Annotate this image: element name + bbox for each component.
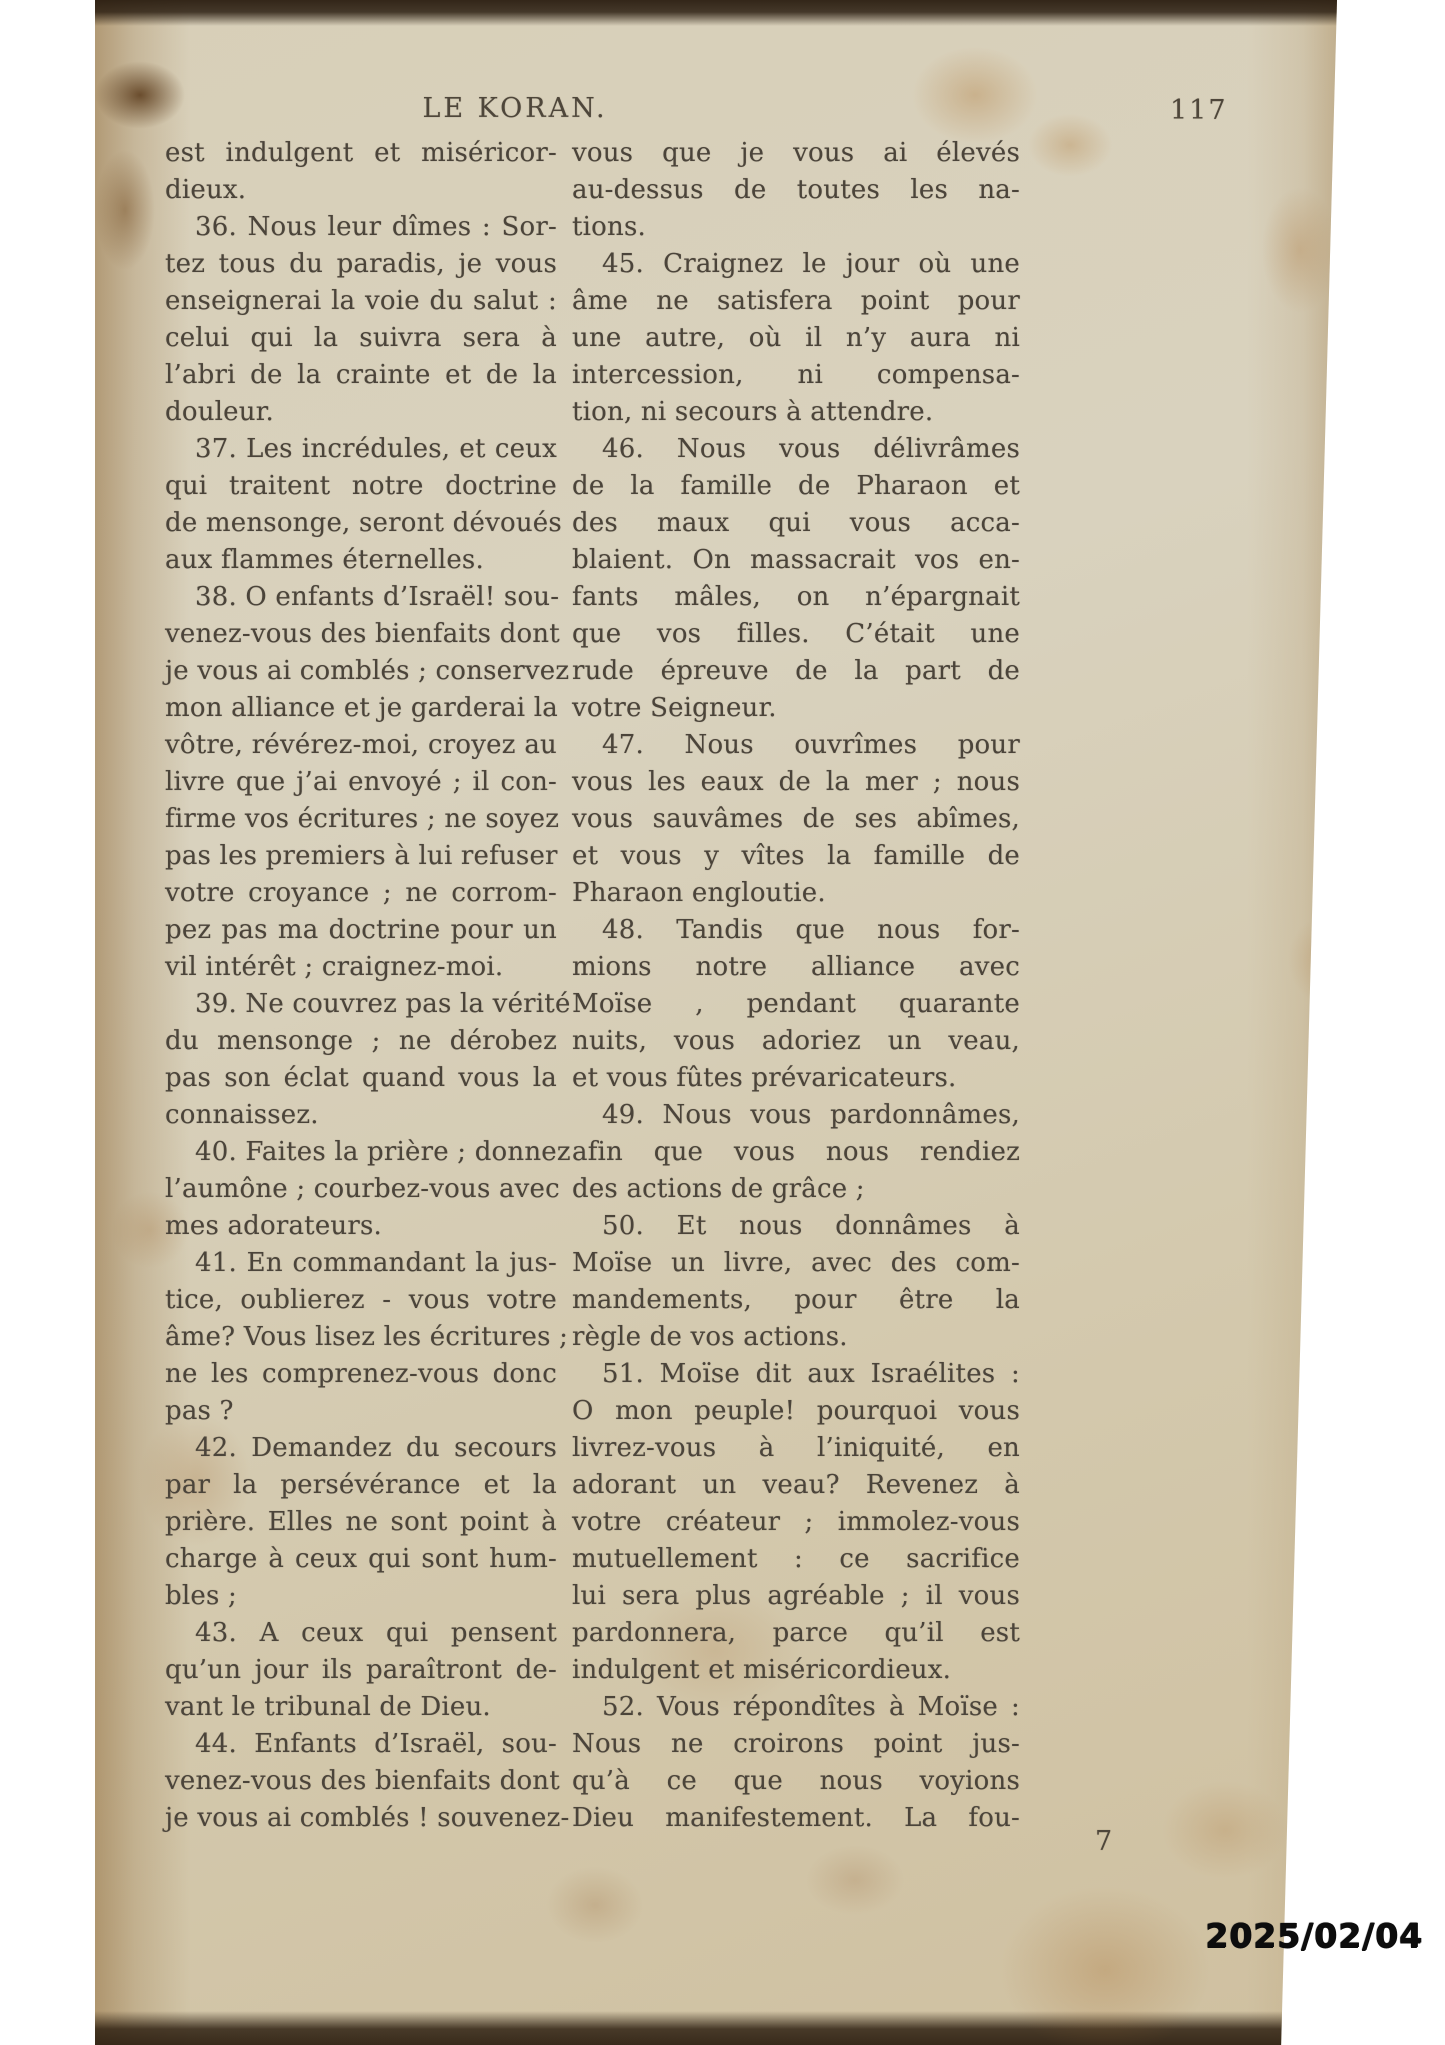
text-line: des actions de grâce ;	[572, 1171, 1020, 1208]
text-line: vous les eaux de la mer ; nous	[572, 764, 1020, 801]
text-line: vous sauvâmes de ses abîmes,	[572, 801, 1020, 838]
text-line: est indulgent et miséricor-	[165, 135, 557, 172]
text-line: livrez-vous à l’iniquité, en	[572, 1430, 1020, 1467]
running-title: LE KORAN.	[165, 93, 865, 124]
text-line: pas son éclat quand vous la	[165, 1060, 557, 1097]
text-line: tions.	[572, 209, 1020, 246]
text-line: de mensonge, seront dévoués	[165, 505, 557, 542]
text-line: et vous y vîtes la famille de	[572, 838, 1020, 875]
text-line: pez pas ma doctrine pour un	[165, 912, 557, 949]
text-line: vant le tribunal de Dieu.	[165, 1689, 557, 1726]
text-line: 39. Ne couvrez pas la vérité	[165, 986, 557, 1023]
text-line: et vous fûtes prévaricateurs.	[572, 1060, 1020, 1097]
text-line: mandements, pour être la	[572, 1282, 1020, 1319]
text-line: firme vos écritures ; ne soyez	[165, 801, 557, 838]
text-line: 37. Les incrédules, et ceux	[165, 431, 557, 468]
text-line: Dieu manifestement. La fou-	[572, 1800, 1020, 1837]
text-line: mions notre alliance avec	[572, 949, 1020, 986]
text-line: nuits, vous adoriez un veau,	[572, 1023, 1020, 1060]
text-line: pardonnera, parce qu’il est	[572, 1615, 1020, 1652]
text-line: 42. Demandez du secours	[165, 1430, 557, 1467]
text-line: votre Seigneur.	[572, 690, 1020, 727]
text-line: de la famille de Pharaon et	[572, 468, 1020, 505]
text-line: vil intérêt ; craignez-moi.	[165, 949, 557, 986]
text-line: adorant un veau? Revenez à	[572, 1467, 1020, 1504]
text-line: blaient. On massacrait vos en-	[572, 542, 1020, 579]
text-line: 41. En commandant la jus-	[165, 1245, 557, 1282]
text-line: âme ne satisfera point pour	[572, 283, 1020, 320]
text-line: 47. Nous ouvrîmes pour	[572, 727, 1020, 764]
text-line: Moïse , pendant quarante	[572, 986, 1020, 1023]
text-line: une autre, où il n’y aura ni	[572, 320, 1020, 357]
text-line: mon alliance et je garderai la	[165, 690, 557, 727]
text-line: règle de vos actions.	[572, 1319, 1020, 1356]
text-line: âme? Vous lisez les écritures ;	[165, 1319, 557, 1356]
text-column-left: est indulgent et miséricor-dieux.36. Nou…	[165, 135, 557, 1837]
text-line: 40. Faites la prière ; donnez	[165, 1134, 557, 1171]
text-line: Moïse un livre, avec des com-	[572, 1245, 1020, 1282]
text-line: 46. Nous vous délivrâmes	[572, 431, 1020, 468]
text-line: dieux.	[165, 172, 557, 209]
signature-mark: 7	[1095, 1826, 1112, 1857]
text-line: tez tous du paradis, je vous	[165, 246, 557, 283]
text-line: ne les comprenez-vous donc	[165, 1356, 557, 1393]
text-column-right: vous que je vous ai élevésau-dessus de t…	[572, 135, 1020, 1837]
text-line: 43. A ceux qui pensent	[165, 1615, 557, 1652]
text-line: Pharaon engloutie.	[572, 875, 1020, 912]
text-line: bles ;	[165, 1578, 557, 1615]
text-line: lui sera plus agréable ; il vous	[572, 1578, 1020, 1615]
text-line: vous que je vous ai élevés	[572, 135, 1020, 172]
page-number: 117	[1170, 95, 1228, 126]
text-line: qu’un jour ils paraîtront de-	[165, 1652, 557, 1689]
text-line: 36. Nous leur dîmes : Sor-	[165, 209, 557, 246]
text-line: venez-vous des bienfaits dont	[165, 616, 557, 653]
text-line: au-dessus de toutes les na-	[572, 172, 1020, 209]
text-line: l’aumône ; courbez-vous avec	[165, 1171, 557, 1208]
text-line: pas les premiers à lui refuser	[165, 838, 557, 875]
text-line: des maux qui vous acca-	[572, 505, 1020, 542]
book-page-photo: LE KORAN. 117 est indulgent et miséricor…	[95, 0, 1337, 2045]
text-line: 50. Et nous donnâmes à	[572, 1208, 1020, 1245]
text-line: votre créateur ; immolez-vous	[572, 1504, 1020, 1541]
text-line: l’abri de la crainte et de la	[165, 357, 557, 394]
text-line: douleur.	[165, 394, 557, 431]
text-line: afin que vous nous rendiez	[572, 1134, 1020, 1171]
text-line: fants mâles, on n’épargnait	[572, 579, 1020, 616]
text-line: 45. Craignez le jour où une	[572, 246, 1020, 283]
text-line: prière. Elles ne sont point à	[165, 1504, 557, 1541]
text-line: aux flammes éternelles.	[165, 542, 557, 579]
text-line: vôtre, révérez-moi, croyez au	[165, 727, 557, 764]
text-line: mutuellement : ce sacrifice	[572, 1541, 1020, 1578]
text-line: je vous ai comblés ! souvenez-	[165, 1800, 557, 1837]
text-line: votre croyance ; ne corrom-	[165, 875, 557, 912]
text-line: 38. O enfants d’Israël! sou-	[165, 579, 557, 616]
text-line: 51. Moïse dit aux Israélites :	[572, 1356, 1020, 1393]
text-line: charge à ceux qui sont hum-	[165, 1541, 557, 1578]
text-line: 44. Enfants d’Israël, sou-	[165, 1726, 557, 1763]
text-line: livre que j’ai envoyé ; il con-	[165, 764, 557, 801]
text-line: du mensonge ; ne dérobez	[165, 1023, 557, 1060]
camera-date-stamp: 2025/02/04	[1205, 1916, 1423, 1955]
text-line: rude épreuve de la part de	[572, 653, 1020, 690]
text-line: enseignerai la voie du salut :	[165, 283, 557, 320]
text-line: qui traitent notre doctrine	[165, 468, 557, 505]
text-line: 48. Tandis que nous for-	[572, 912, 1020, 949]
text-line: mes adorateurs.	[165, 1208, 557, 1245]
text-line: que vos filles. C’était une	[572, 616, 1020, 653]
text-line: qu’à ce que nous voyions	[572, 1763, 1020, 1800]
text-line: par la persévérance et la	[165, 1467, 557, 1504]
text-line: intercession, ni compensa-	[572, 357, 1020, 394]
text-line: 49. Nous vous pardonnâmes,	[572, 1097, 1020, 1134]
text-line: venez-vous des bienfaits dont	[165, 1763, 557, 1800]
text-line: O mon peuple! pourquoi vous	[572, 1393, 1020, 1430]
text-line: je vous ai comblés ; conservez	[165, 653, 557, 690]
text-line: tion, ni secours à attendre.	[572, 394, 1020, 431]
text-line: Nous ne croirons point jus-	[572, 1726, 1020, 1763]
text-line: indulgent et miséricordieux.	[572, 1652, 1020, 1689]
text-line: celui qui la suivra sera à	[165, 320, 557, 357]
text-line: tice, oublierez - vous votre	[165, 1282, 557, 1319]
text-line: pas ?	[165, 1393, 557, 1430]
text-line: 52. Vous répondîtes à Moïse :	[572, 1689, 1020, 1726]
text-line: connaissez.	[165, 1097, 557, 1134]
